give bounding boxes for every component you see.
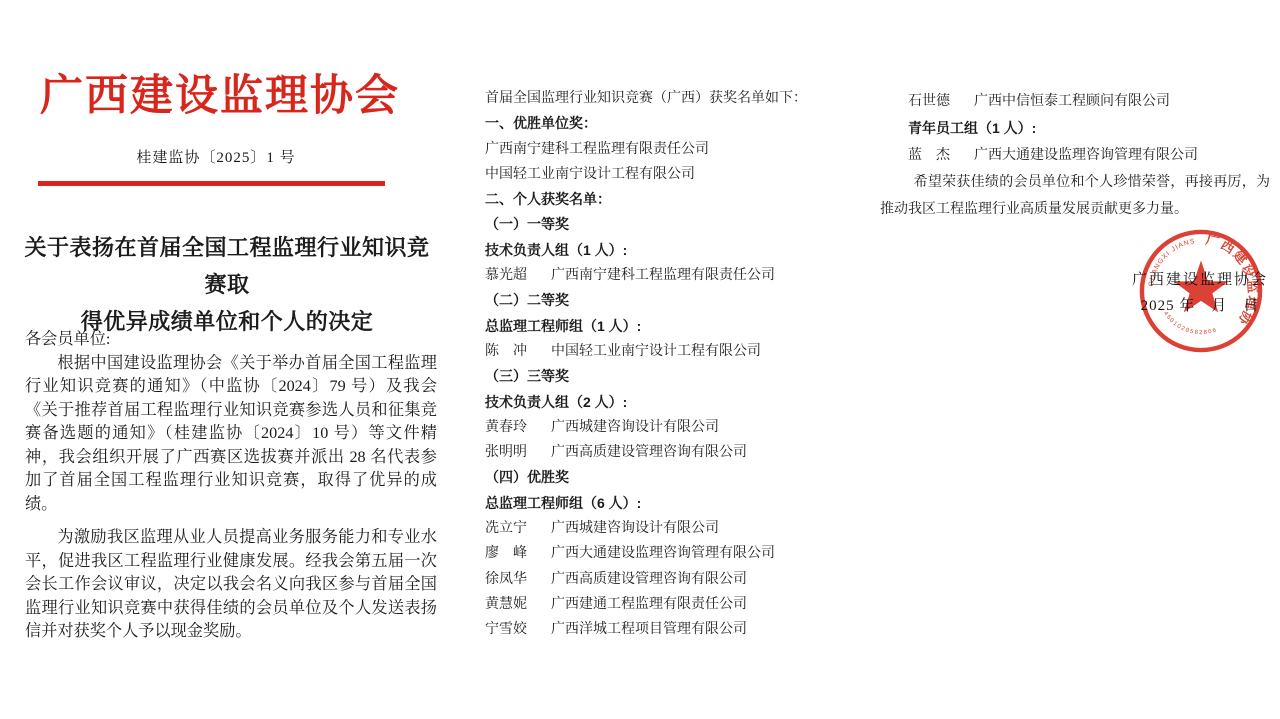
winner-company: 广西洋城工程项目管理有限公司	[551, 622, 747, 637]
award-group-heading: 技术负责人组（2 人）:	[485, 390, 817, 415]
body-paragraph-2: 为激励我区监理从业人员提高业务服务能力和专业水平，促进我区工程监理行业健康发展。…	[25, 526, 437, 644]
award-entry: 徐凤华广西高质建设管理咨询有限公司	[485, 567, 817, 592]
red-divider	[38, 181, 385, 186]
winner-name: 张明明	[485, 440, 532, 465]
award-group-heading: 技术负责人组（1 人）:	[485, 238, 817, 263]
body-paragraph-1: 根据中国建设监理协会《关于举办首届全国工程监理行业知识竞赛的通知》（中监协〔20…	[25, 352, 437, 517]
winner-company: 广西大通建设监理咨询管理有限公司	[974, 148, 1198, 163]
decision-body: 各会员单位: 根据中国建设监理协会《关于举办首届全国工程监理行业知识竞赛的通知》…	[25, 328, 437, 644]
award-entry: 石世德广西中信恒泰工程顾问有限公司	[880, 88, 1270, 115]
document-title: 关于表扬在首届全国工程监理行业知识竞赛取得优异成绩单位和个人的决定	[18, 229, 436, 340]
award-tier-first: （一）一等奖	[485, 212, 817, 237]
award-entry: 宁雪姣广西洋城工程项目管理有限公司	[485, 617, 817, 642]
award-group-heading: 青年员工组（1 人）:	[880, 115, 1270, 142]
winner-company: 广西高质建设管理咨询有限公司	[551, 572, 747, 587]
section-heading-individual-awards: 二、个人获奖名单：	[485, 187, 817, 212]
award-entry: 廖 峰广西大通建设监理咨询管理有限公司	[485, 541, 817, 566]
award-entry: 黄慧妮广西建通工程监理有限责任公司	[485, 592, 817, 617]
winner-company: 中国轻工业南宁设计工程有限公司	[551, 344, 761, 359]
award-entry: 慕光超广西南宁建科工程监理有限责任公司	[485, 263, 817, 288]
award-group-heading: 总监理工程师组（6 人）:	[485, 491, 817, 516]
winner-name: 黄慧妮	[485, 592, 532, 617]
document-title-line1: 关于表扬在首届全国工程监理行业知识竞赛取	[24, 235, 429, 297]
awards-intro: 首届全国监理行业知识竞赛（广西）获奖名单如下：	[485, 86, 817, 111]
winner-name: 冼立宁	[485, 516, 532, 541]
award-group-heading: 总监理工程师组（1 人）:	[485, 314, 817, 339]
closing-paragraph: 希望荣获佳绩的会员单位和个人珍惜荣誉，再接再厉，为推动我区工程监理行业高质量发展…	[880, 169, 1270, 223]
winner-name: 石世德	[908, 88, 955, 115]
document-page: 广西建设监理协会 桂建监协〔2025〕1 号 关于表扬在首届全国工程监理行业知识…	[0, 0, 1280, 719]
winner-name: 黄春玲	[485, 415, 532, 440]
winner-name: 陈 冲	[485, 339, 532, 364]
letterhead-org-name: 广西建设监理协会	[40, 62, 392, 123]
winner-company: 广西南宁建科工程监理有限责任公司	[551, 268, 775, 283]
salutation: 各会员单位:	[25, 328, 437, 352]
award-tier-excellence: （四）优胜奖	[485, 465, 817, 490]
award-entry: 陈 冲中国轻工业南宁设计工程有限公司	[485, 339, 817, 364]
winner-company: 广西高质建设管理咨询有限公司	[551, 445, 747, 460]
winner-company: 广西城建咨询设计有限公司	[551, 420, 719, 435]
award-entry: 张明明广西高质建设管理咨询有限公司	[485, 440, 817, 465]
seal-serial-number: 4501028582806	[1162, 311, 1219, 337]
official-seal: GUANGXI JIANSHE JIANLI XIEHUI 广西建设监理协会 4…	[1137, 227, 1265, 355]
winner-name: 宁雪姣	[485, 617, 532, 642]
winner-company: 广西城建咨询设计有限公司	[551, 521, 719, 536]
seal-star-icon	[1174, 260, 1228, 312]
awards-list: 首届全国监理行业知识竞赛（广西）获奖名单如下： 一、优胜单位奖： 广西南宁建科工…	[485, 86, 817, 643]
award-tier-second: （二）二等奖	[485, 288, 817, 313]
award-entry: 黄春玲广西城建咨询设计有限公司	[485, 415, 817, 440]
award-entry: 蓝 杰广西大通建设监理咨询管理有限公司	[880, 142, 1270, 169]
winner-company: 广西中信恒泰工程顾问有限公司	[974, 94, 1170, 109]
seal-latin-text: GUANGXI JIANSHE JIANLI XIEHUI	[1137, 227, 1196, 287]
winning-company: 广西南宁建科工程监理有限责任公司	[485, 137, 817, 162]
awards-list-continued: 石世德广西中信恒泰工程顾问有限公司 青年员工组（1 人）: 蓝 杰广西大通建设监…	[880, 88, 1270, 223]
doc-number: 桂建监协〔2025〕1 号	[40, 146, 392, 167]
winner-name: 徐凤华	[485, 567, 532, 592]
winner-name: 廖 峰	[485, 541, 532, 566]
award-tier-third: （三）三等奖	[485, 364, 817, 389]
winner-company: 广西建通工程监理有限责任公司	[551, 597, 747, 612]
winner-name: 慕光超	[485, 263, 532, 288]
winning-company: 中国轻工业南宁设计工程有限公司	[485, 162, 817, 187]
winner-name: 蓝 杰	[908, 142, 955, 169]
award-entry: 冼立宁广西城建咨询设计有限公司	[485, 516, 817, 541]
winner-company: 广西大通建设监理咨询管理有限公司	[551, 546, 775, 561]
section-heading-unit-awards: 一、优胜单位奖：	[485, 111, 817, 136]
